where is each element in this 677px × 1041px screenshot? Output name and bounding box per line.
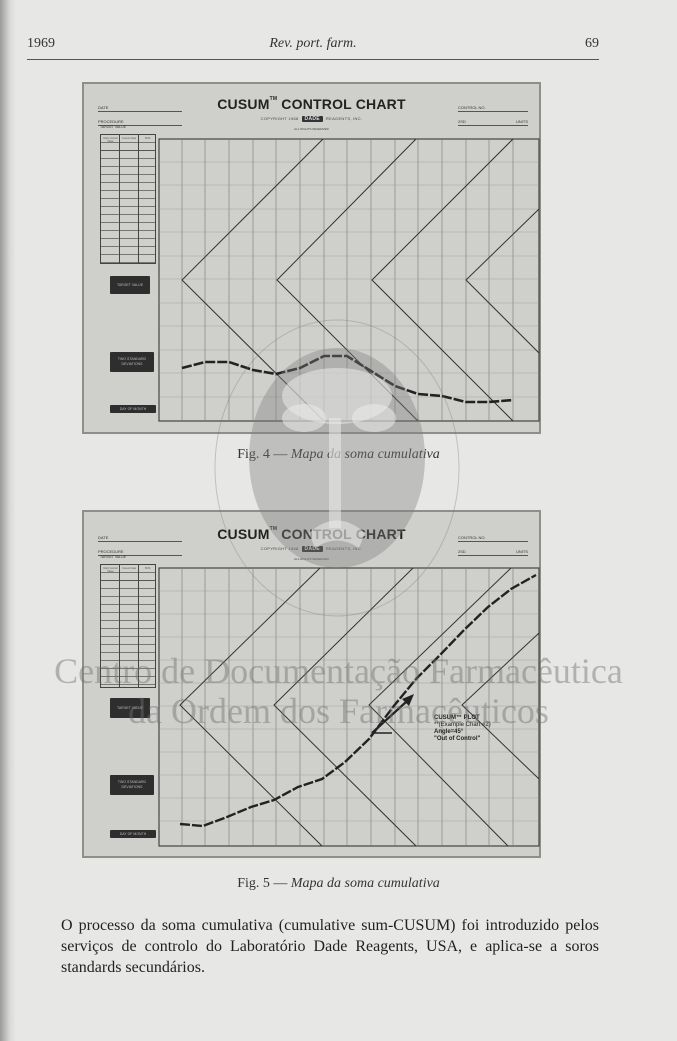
target-value-label: TARGET VALUE xyxy=(110,698,150,718)
chart-title-cusum: CUSUM xyxy=(217,526,269,542)
figure-4-cusum-chart: DATE PROCEDURE CUSUMTM CONTROL CHART COP… xyxy=(82,82,541,434)
dade-logo: DADE xyxy=(302,546,323,552)
cusum-annotation: CUSUM™ PLOT **(Example Chart #2) Angle=4… xyxy=(434,715,491,743)
v-masks xyxy=(182,139,539,421)
caption-figure-number: Fig. 4 xyxy=(237,447,270,462)
control-no-field: CONTROL NO. xyxy=(458,534,528,542)
cusum-plot-area xyxy=(158,567,540,847)
running-head: 1969 Rev. port. farm. 69 xyxy=(27,36,599,58)
copyright-text: COPYRIGHT 1968 xyxy=(261,546,299,551)
target-value-label: TARGET VALUE xyxy=(110,276,150,294)
header-rule xyxy=(27,59,599,60)
trademark: TM xyxy=(270,96,278,102)
running-head-journal: Rev. port. farm. xyxy=(27,36,599,52)
figure-5-cusum-chart: DATE PROCEDURE CUSUMTM CONTROL CHART COP… xyxy=(82,510,541,858)
table-header: Daily Control Value xyxy=(102,567,119,573)
units-label: UNITS xyxy=(516,118,528,125)
chart-header: DATE PROCEDURE CUSUMTM CONTROL CHART COP… xyxy=(84,84,539,134)
2sd-field: 2SDUNITS xyxy=(458,118,528,126)
dade-logo: DADE xyxy=(302,116,323,122)
copyright-text: COPYRIGHT 1968 xyxy=(261,116,299,121)
caption-figure-number: Fig. 5 xyxy=(237,876,270,891)
control-no-field: CONTROL NO. xyxy=(458,104,528,112)
annotation-line: **(Example Chart #2) xyxy=(434,722,491,729)
target-value-heading: TARGET VALUE xyxy=(100,125,126,129)
figure-5-caption: Fig. 5 — Mapa da soma cumulativa xyxy=(0,876,677,892)
table-col-divider xyxy=(119,135,120,263)
annotation-line: "Out of Control" xyxy=(434,736,491,743)
cusum-plot-area xyxy=(158,138,540,422)
rights-reserved: ALL RIGHTS RESERVED xyxy=(84,557,539,561)
chart-title-cusum: CUSUM xyxy=(217,96,269,112)
body-paragraph: O processo da soma cumulativa (cumulativ… xyxy=(61,915,599,978)
2sd-label: 2SD xyxy=(458,119,466,124)
caption-dash: — xyxy=(270,447,291,462)
caption-text: Mapa da soma cumulativa xyxy=(291,876,440,891)
target-value-table: Daily Control Value Cusum Data SUM xyxy=(100,134,156,264)
rights-reserved: ALL RIGHTS RESERVED xyxy=(84,127,539,131)
table-header: Daily Control Value xyxy=(102,137,119,143)
copyright-suffix: REAGENTS, INC. xyxy=(326,546,362,551)
day-of-month-label: DAY OF MONTH xyxy=(110,405,156,413)
figure-4-caption: Fig. 4 — Mapa da soma cumulativa xyxy=(0,447,677,463)
day-of-month-label: DAY OF MONTH xyxy=(110,830,156,838)
standard-deviations-label: TWO STANDARD DEVIATIONS xyxy=(110,775,154,795)
control-no-label: CONTROL NO. xyxy=(458,105,486,110)
standard-deviations-label: TWO STANDARD DEVIATIONS xyxy=(110,352,154,372)
chart-header: DATE PROCEDURE CUSUMTM CONTROL CHART COP… xyxy=(84,512,539,562)
control-no-label: CONTROL NO. xyxy=(458,535,486,540)
copyright-suffix: REAGENTS, INC. xyxy=(326,116,362,121)
page-number: 69 xyxy=(585,36,599,52)
trademark: TM xyxy=(270,526,278,532)
table-header: Cusum Data xyxy=(120,137,138,140)
table-header: SUM xyxy=(139,137,156,140)
units-label: UNITS xyxy=(516,548,528,555)
annotation-line: CUSUM™ PLOT xyxy=(434,715,491,722)
paragraph-text: O processo da soma cumulativa (cumulativ… xyxy=(61,915,599,978)
caption-dash: — xyxy=(270,876,291,891)
table-col-divider xyxy=(138,135,139,263)
target-value-table: Daily Control Value Cusum Data SUM xyxy=(100,564,156,688)
cusum-line xyxy=(182,356,513,402)
arrow-annotation xyxy=(372,694,414,733)
2sd-field: 2SDUNITS xyxy=(458,548,528,556)
table-header: SUM xyxy=(139,567,156,570)
chart-title-rest: CONTROL CHART xyxy=(281,96,405,112)
table-col-divider xyxy=(138,565,139,687)
annotation-line: Angle=45° xyxy=(434,729,491,736)
2sd-label: 2SD xyxy=(458,549,466,554)
table-col-divider xyxy=(119,565,120,687)
caption-text: Mapa da soma cumulativa xyxy=(291,447,440,462)
table-header: Cusum Data xyxy=(120,567,138,570)
chart-title-rest: CONTROL CHART xyxy=(281,526,405,542)
target-value-heading: TARGET VALUE xyxy=(100,555,126,559)
